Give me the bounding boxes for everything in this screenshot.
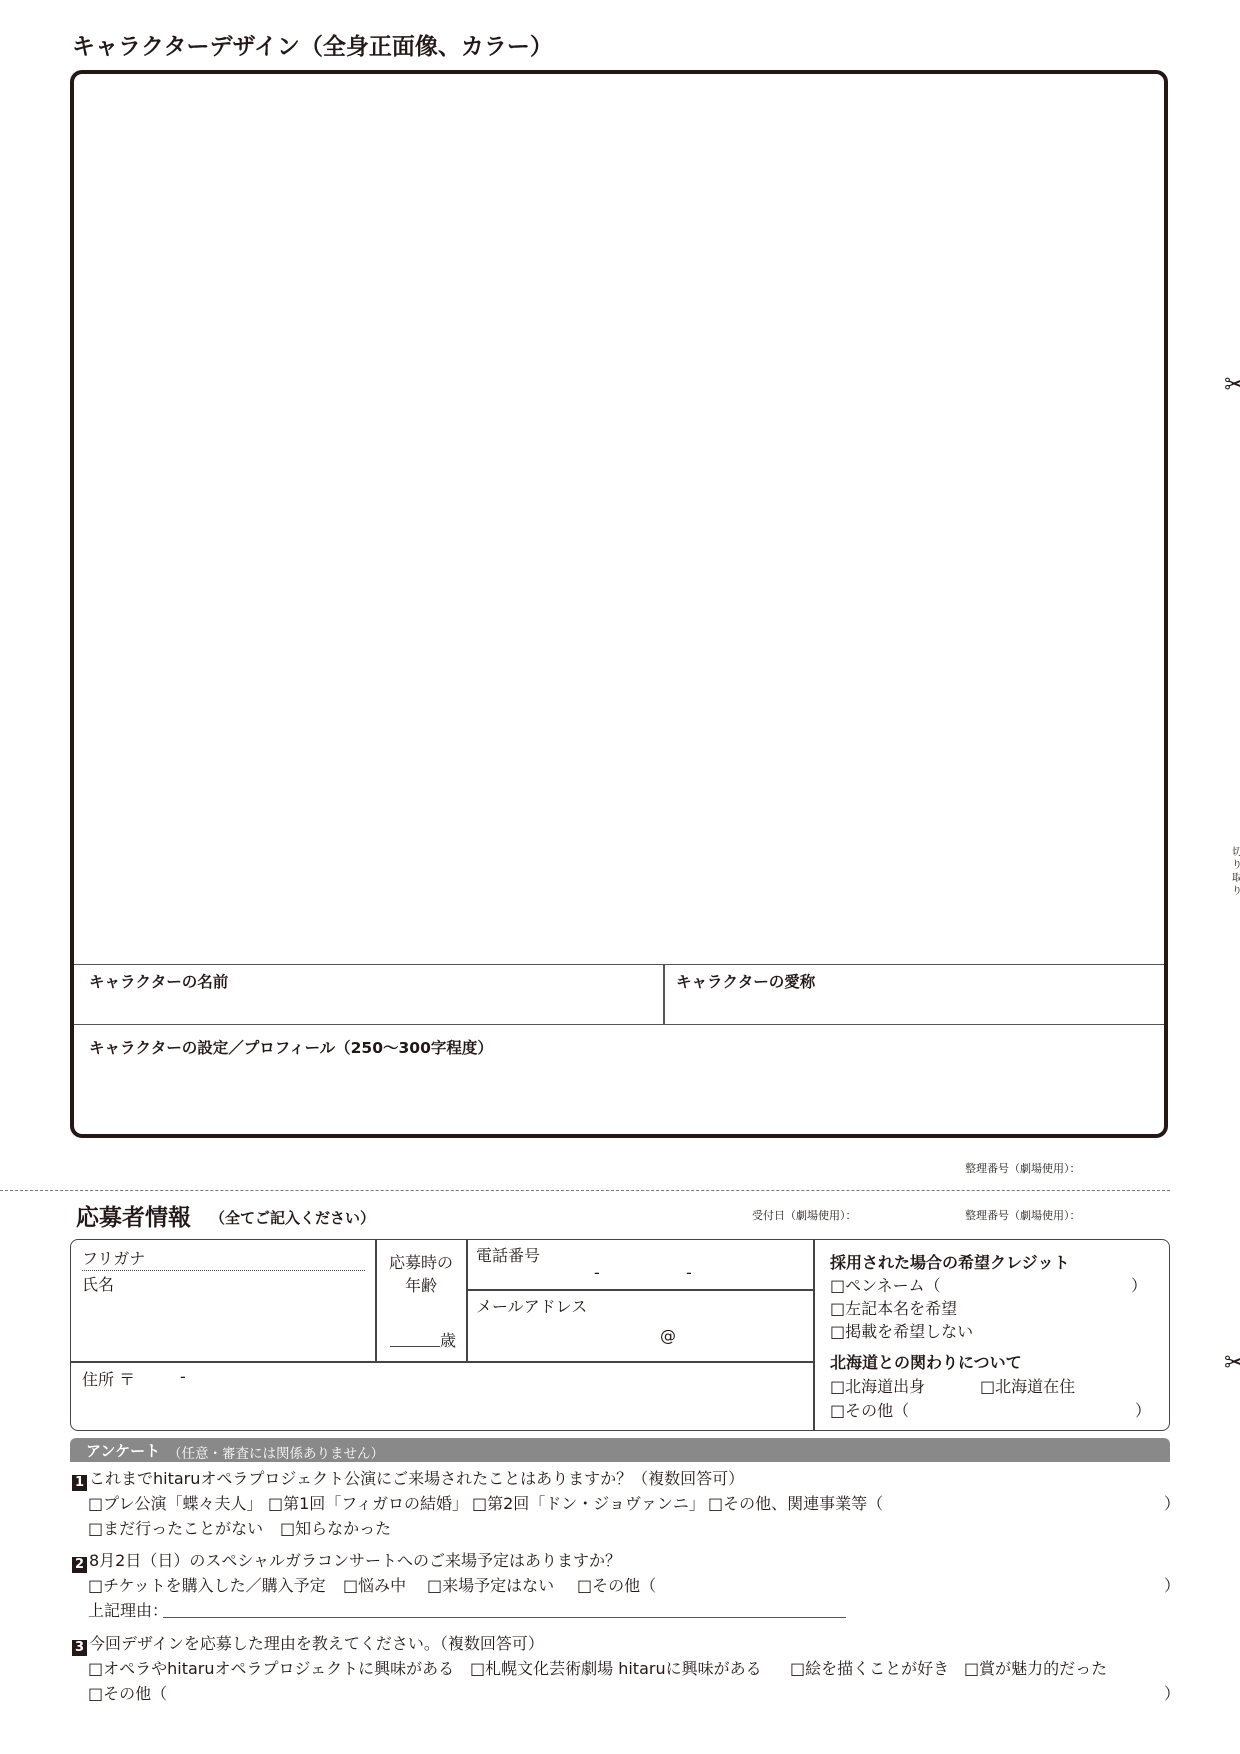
q1-option-unaware[interactable]: □知らなかった: [280, 1516, 391, 1539]
q3-option-hitaru-interest[interactable]: □札幌文化芸術劇場 hitaruに興味がある: [470, 1656, 762, 1679]
table-divider: [466, 1240, 468, 1362]
table-divider: [813, 1240, 815, 1430]
question-1: 1これまでhitaruオペラプロジェクト公演にご来場されたことはありますか？（複…: [72, 1466, 744, 1491]
q1-option-never[interactable]: □まだ行ったことがない: [88, 1516, 263, 1539]
credit-option-real-name[interactable]: □左記本名を希望: [830, 1296, 957, 1319]
close-paren: ）: [1164, 1573, 1180, 1596]
email-label: メールアドレス: [476, 1294, 587, 1317]
character-profile-label: キャラクターの設定／プロフィール（250〜300字程度）: [89, 1036, 493, 1058]
email-field[interactable]: @: [470, 1318, 810, 1358]
q2-option-other[interactable]: □その他（: [577, 1573, 656, 1596]
age-unit: 歳: [440, 1328, 456, 1351]
age-label-line1: 応募時の: [389, 1250, 453, 1273]
survey-title: アンケート: [86, 1440, 160, 1461]
credit-option-penname[interactable]: □ペンネーム（: [830, 1273, 941, 1296]
age-label-line2: 年齢: [405, 1273, 437, 1296]
question-number-badge: 2: [72, 1557, 87, 1573]
name-label: 氏名: [82, 1275, 114, 1294]
phone-field[interactable]: - -: [470, 1262, 810, 1288]
credit-option-no-credit[interactable]: □掲載を希望しない: [830, 1319, 973, 1342]
hokkaido-option-other[interactable]: □その他（: [830, 1398, 909, 1421]
phone-separator: -: [594, 1263, 600, 1282]
furigana-dotted-line: [82, 1270, 365, 1271]
q2-option-ticket[interactable]: □チケットを購入した／購入予定: [88, 1573, 326, 1596]
close-paren: ）: [1131, 1273, 1147, 1296]
question-text: これまでhitaruオペラプロジェクト公演にご来場されたことはありますか？（複数…: [89, 1469, 744, 1488]
q1-option-figaro[interactable]: □第1回「フィガロの結婚」: [268, 1491, 468, 1514]
q1-option-prelude[interactable]: □プレ公演「蝶々夫人」: [88, 1491, 262, 1514]
q3-option-prize[interactable]: □賞が魅力的だった: [964, 1656, 1107, 1679]
hokkaido-option-born[interactable]: □北海道出身: [830, 1374, 925, 1397]
postal-separator: -: [180, 1367, 186, 1386]
address-field[interactable]: 住所 〒 -: [82, 1367, 807, 1427]
reason-input-line[interactable]: [163, 1617, 846, 1618]
question-number-badge: 1: [72, 1475, 87, 1491]
received-date-note: 受付日（劇場使用）：: [752, 1207, 857, 1223]
close-paren: ）: [1164, 1681, 1180, 1704]
question-number-badge: 3: [72, 1640, 87, 1656]
question-3: 3今回デザインを応募した理由を教えてください。（複数回答可）: [72, 1631, 544, 1656]
q3-option-opera-interest[interactable]: □オペラやhitaruオペラプロジェクトに興味がある: [88, 1656, 454, 1679]
credit-heading: 採用された場合の希望クレジット: [830, 1250, 1070, 1273]
scissors-icon: ✂: [1224, 372, 1240, 398]
cut-line: [0, 1190, 1170, 1191]
name-row-divider: [663, 964, 665, 1025]
cut-guide-text: 切り取り: [1232, 846, 1240, 898]
page-title: キャラクターデザイン（全身正面像、カラー）: [72, 28, 553, 61]
character-nickname-label: キャラクターの愛称: [676, 970, 815, 992]
hokkaido-heading: 北海道との関わりについて: [830, 1350, 1022, 1373]
q3-option-other[interactable]: □その他（: [88, 1681, 167, 1704]
phone-separator: -: [686, 1263, 692, 1282]
scissors-icon: ✂: [1224, 1350, 1240, 1376]
management-number-note: 整理番号（劇場使用）：: [965, 1160, 1081, 1176]
table-divider: [71, 1361, 813, 1363]
table-divider: [375, 1240, 377, 1362]
character-name-row: [74, 964, 1164, 1025]
name-field[interactable]: 氏名: [82, 1272, 367, 1358]
question-text: 今回デザインを応募した理由を教えてください。（複数回答可）: [89, 1634, 544, 1653]
hokkaido-option-resident[interactable]: □北海道在住: [980, 1374, 1075, 1397]
management-number-note: 整理番号（劇場使用）：: [965, 1207, 1081, 1223]
table-divider: [466, 1289, 813, 1291]
applicant-section-title: 応募者情報: [76, 1199, 191, 1232]
survey-note: （任意・審査には関係ありません）: [168, 1442, 384, 1462]
reason-label: 上記理由：: [88, 1598, 168, 1621]
question-text: 8月2日（日）のスペシャルガラコンサートへのご来場予定はありますか？: [89, 1551, 621, 1570]
close-paren: ）: [1164, 1491, 1180, 1514]
applicant-section-subtitle: （全てご記入ください）: [210, 1207, 375, 1228]
q1-option-other[interactable]: □その他、関連事業等（: [708, 1491, 883, 1514]
q3-option-drawing[interactable]: □絵を描くことが好き: [790, 1656, 949, 1679]
q2-option-undecided[interactable]: □悩み中: [343, 1573, 406, 1596]
furigana-label: フリガナ: [82, 1246, 145, 1269]
question-2: 28月2日（日）のスペシャルガラコンサートへのご来場予定はありますか？: [72, 1548, 621, 1573]
age-field[interactable]: [390, 1346, 440, 1347]
q1-option-don-giovanni[interactable]: □第2回「ドン・ジョヴァンニ」: [472, 1491, 705, 1514]
address-label: 住所 〒: [82, 1370, 135, 1389]
email-at-sign: @: [660, 1326, 676, 1345]
close-paren: ）: [1135, 1398, 1151, 1421]
character-name-label: キャラクターの名前: [89, 970, 228, 992]
q2-option-not-attending[interactable]: □来場予定はない: [427, 1573, 554, 1596]
